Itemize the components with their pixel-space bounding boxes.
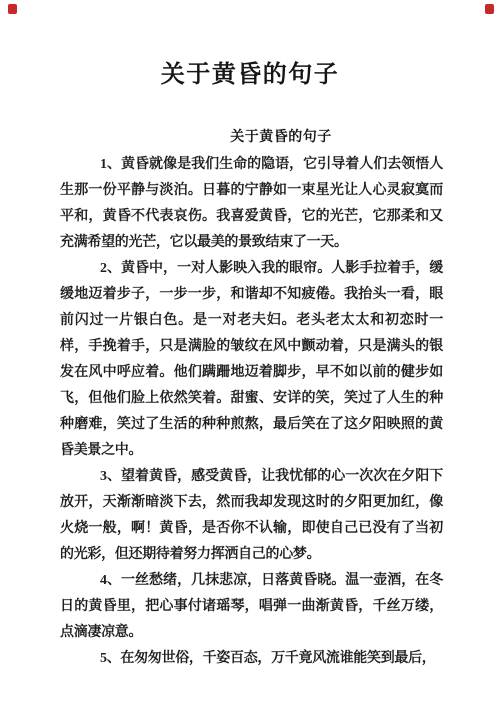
paragraph: 4、一丝愁绪，几抹悲凉，日落黄昏晓。温一壶酒，在冬日的黄昏里，把心事付诸瑶琴，唱… [60, 568, 443, 646]
paragraphs: 1、黄昏就像是我们生命的隐语，它引导着人们去领悟人生那一份平静与淡泊。日暮的宁静… [60, 152, 443, 672]
page-title: 关于黄昏的句子 [0, 60, 500, 90]
section-heading: 关于黄昏的句子 [0, 128, 500, 148]
document-page: 关于黄昏的句子 关于黄昏的句子 1、黄昏就像是我们生命的隐语，它引导着人们去领悟… [0, 0, 500, 707]
corner-mark-top-right [485, 4, 494, 14]
paragraph: 3、望着黄昏，感受黄昏，让我忧郁的心一次次在夕阳下放开，天渐渐暗淡下去，然而我却… [60, 464, 443, 568]
paragraph: 2、黄昏中，一对人影映入我的眼帘。人影手拉着手，缓缓地迈着步子，一步一步，和谐却… [60, 256, 443, 464]
paragraph: 5、在匆匆世俗，千姿百态，万千竟风流谁能笑到最后， [60, 646, 443, 672]
corner-mark-top-left [8, 4, 17, 14]
paragraph: 1、黄昏就像是我们生命的隐语，它引导着人们去领悟人生那一份平静与淡泊。日暮的宁静… [60, 152, 443, 256]
